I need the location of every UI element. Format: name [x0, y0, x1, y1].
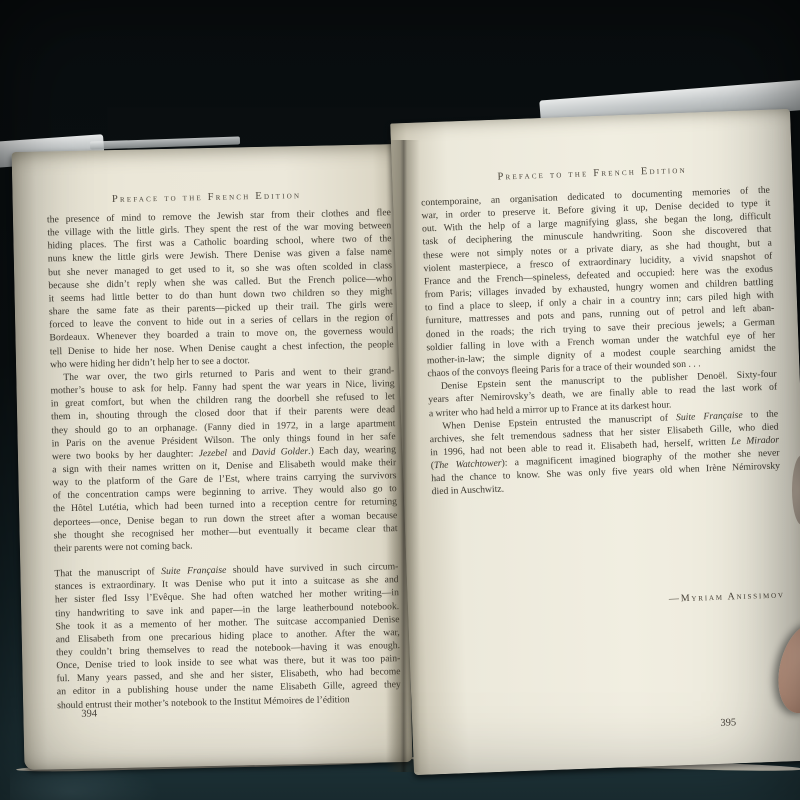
right-page-number: 395	[720, 717, 736, 729]
right-page-text: contemporaine, an organisation dedicated…	[421, 184, 781, 499]
left-running-header: Preface to the French Edition	[12, 188, 400, 207]
book-photo: Preface to the French Edition the presen…	[0, 0, 800, 800]
right-page: Preface to the French Edition contempora…	[390, 109, 800, 775]
left-page-text: the presence of mind to remove the Jewis…	[47, 206, 401, 712]
left-page-number: 394	[81, 708, 97, 719]
spine-gutter-shadow	[386, 140, 420, 772]
author-signature: —Myriam Anissimov	[436, 589, 787, 613]
left-page: Preface to the French Edition the presen…	[12, 144, 413, 770]
right-running-header: Preface to the French Edition	[392, 161, 792, 187]
